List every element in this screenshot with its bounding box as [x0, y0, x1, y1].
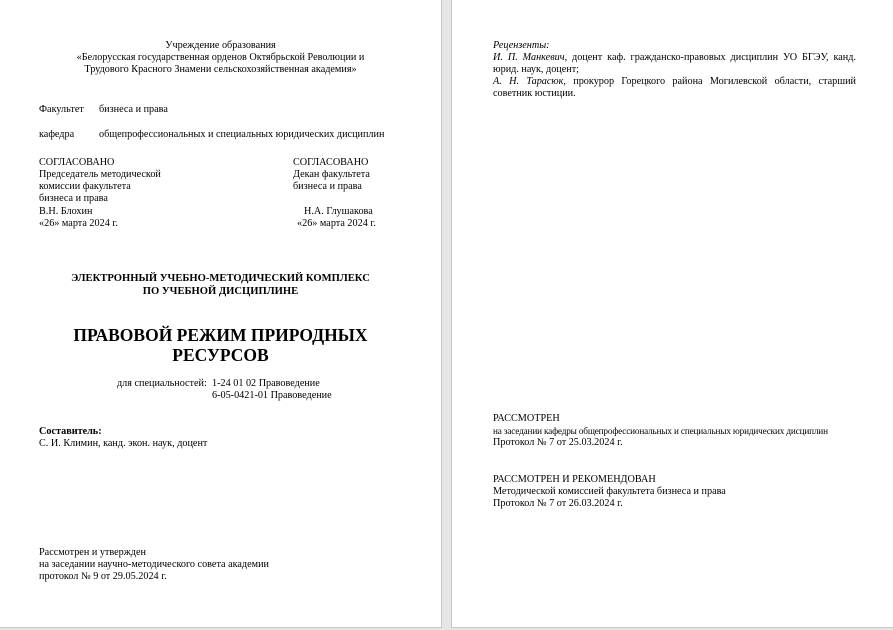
- reviewers-label: Рецензенты:: [493, 40, 550, 52]
- reviewer-item: И. П. Манкевич, доцент каф. гражданско-п…: [493, 52, 856, 77]
- approval-left-date: «26» марта 2024 г.: [39, 218, 118, 230]
- reviewed-line-1: на заседании кафедры общепрофессиональны…: [493, 425, 828, 437]
- department-value: общепрофессиональных и специальных юриди…: [99, 129, 384, 141]
- faculty-label: Факультет: [39, 104, 84, 116]
- department-label: кафедра: [39, 129, 74, 141]
- reviewer-name: А. Н. Тарасюк: [493, 76, 563, 87]
- complex-title-line-1: ЭЛЕКТРОННЫЙ УЧЕБНО-МЕТОДИЧЕСКИЙ КОМПЛЕКС: [0, 273, 441, 286]
- recommended-line-2: Протокол № 7 от 26.03.2024 г.: [493, 498, 623, 510]
- reviewer-item: А. Н. Тарасюк, прокурор Горецкого района…: [493, 76, 856, 101]
- document-page-1: Учреждение образования «Белорусская госу…: [0, 0, 441, 627]
- document-page-2: Рецензенты: И. П. Манкевич, доцент каф. …: [452, 0, 893, 627]
- faculty-value: бизнеса и права: [99, 104, 168, 116]
- complex-title-line-2: ПО УЧЕБНОЙ ДИСЦИПЛИНЕ: [0, 286, 441, 299]
- reviewed-line-2: Протокол № 7 от 25.03.2024 г.: [493, 437, 623, 449]
- reviewer-name: И. П. Манкевич: [493, 52, 565, 63]
- approved-line-3: протокол № 9 от 29.05.2024 г.: [39, 571, 167, 583]
- institution-line-2: «Белорусская государственная орденов Окт…: [0, 52, 441, 64]
- approval-left-heading: СОГЛАСОВАНО: [39, 157, 114, 169]
- approval-right-date: «26» марта 2024 г.: [297, 218, 376, 230]
- recommended-line-1: Методической комиссией факультета бизнес…: [493, 486, 726, 498]
- approval-right-line: бизнеса и права: [293, 181, 362, 193]
- approval-right-heading: СОГЛАСОВАНО: [293, 157, 368, 169]
- author-value: С. И. Климин, канд. экон. наук, доцент: [39, 438, 207, 450]
- author-label: Составитель:: [39, 426, 102, 438]
- institution-line-3: Трудового Красного Знамени сельскохозяйс…: [0, 64, 441, 76]
- recommended-heading: РАССМОТРЕН И РЕКОМЕНДОВАН: [493, 474, 656, 486]
- approval-left-name: В.Н. Блохин: [39, 206, 92, 218]
- discipline-title-line-1: ПРАВОВОЙ РЕЖИМ ПРИРОДНЫХ: [0, 325, 441, 345]
- approved-line-1: Рассмотрен и утвержден: [39, 547, 146, 559]
- discipline-title-line-2: РЕСУРСОВ: [0, 345, 441, 365]
- institution-line-1: Учреждение образования: [0, 40, 441, 52]
- approval-left-line: бизнеса и права: [39, 193, 108, 205]
- specialties-label: для специальностей:: [117, 378, 207, 390]
- approval-right-line: Декан факультета: [293, 169, 370, 181]
- specialty-item: 6-05-0421-01 Правоведение: [212, 390, 332, 402]
- specialty-item: 1-24 01 02 Правоведение: [212, 378, 320, 390]
- approval-left-line: Председатель методической: [39, 169, 161, 181]
- approval-right-name: Н.А. Глушакова: [304, 206, 373, 218]
- reviewed-heading: РАССМОТРЕН: [493, 413, 560, 425]
- approval-left-line: комиссии факультета: [39, 181, 131, 193]
- approved-line-2: на заседании научно-методического совета…: [39, 559, 269, 571]
